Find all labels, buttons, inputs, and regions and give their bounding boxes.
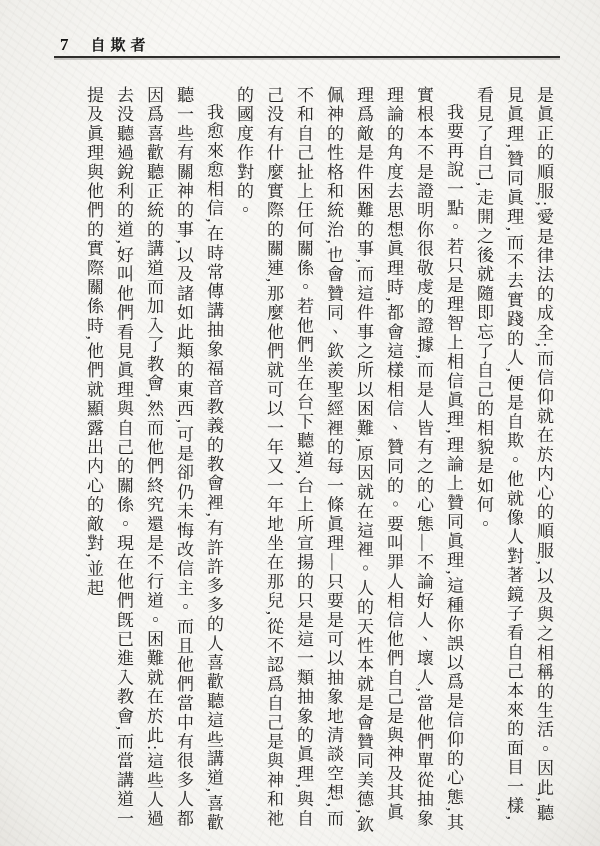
header-rule (54, 56, 560, 58)
page-number: 7 (60, 35, 69, 55)
scanned-book-page: 7 自欺者 是眞正的順服;愛是律法的成全;而信仰就在於内心的順服,以及與之相稱的… (0, 0, 600, 846)
paragraph: 是眞正的順服;愛是律法的成全;而信仰就在於内心的順服,以及與之相稱的生活。因此,… (468, 86, 558, 836)
body-text: 是眞正的順服;愛是律法的成全;而信仰就在於内心的順服,以及與之相稱的生活。因此,… (42, 86, 558, 836)
paragraph: 我要再說一點。若只是理智上相信眞理,理論上贊同眞理,這種你誤以爲是信仰的心態,其… (228, 86, 468, 836)
book-title: 自欺者 (91, 34, 151, 55)
running-head: 7 自欺者 (60, 34, 151, 55)
paragraph: 我愈來愈相信,在時常傳講抽象福音教義的教會裡,有許許多多的人喜歡聽這些講道,喜歡… (78, 86, 228, 836)
